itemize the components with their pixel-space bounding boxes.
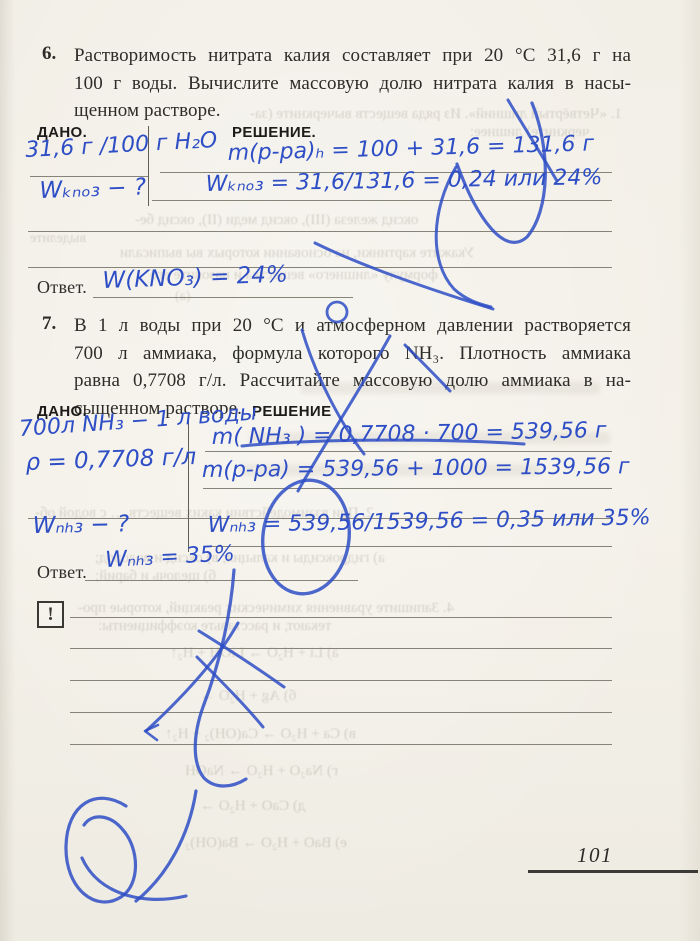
printed-text-line: щенном растворе. bbox=[74, 97, 631, 125]
ruled-line bbox=[203, 546, 612, 547]
printed-text-line: равна 0,7708 г/л. Рассчитайте массовую д… bbox=[74, 367, 631, 395]
column-divider bbox=[188, 412, 189, 552]
page-number: 101 bbox=[577, 843, 613, 868]
ruled-line bbox=[70, 617, 612, 618]
ruled-line bbox=[28, 231, 612, 232]
problem-6-otvet-label: Ответ. bbox=[37, 277, 87, 298]
attention-exclamation-icon: ! bbox=[37, 601, 64, 628]
ruled-line bbox=[70, 744, 612, 745]
ruled-line bbox=[152, 200, 612, 201]
handwritten-find-w-nh3: Wₙₕ₃ − ? bbox=[33, 511, 130, 539]
problem-7-reshenie-label: РЕШЕНИЕ bbox=[252, 403, 332, 420]
printed-text-line: 700 л аммиака, формула которого NH₃. Пло… bbox=[74, 340, 631, 368]
printed-text-line: Растворимость нитрата калия составляет п… bbox=[74, 42, 631, 70]
problem-7-text: В 1 л воды при 20 °С и атмосферном давле… bbox=[74, 312, 631, 422]
problem-7-number: 7. bbox=[42, 313, 56, 335]
printed-text-line: 100 г воды. Вычислите массовую долю нитр… bbox=[74, 70, 631, 98]
ruled-line bbox=[70, 680, 612, 681]
printed-text-line: В 1 л воды при 20 °С и атмосферном давле… bbox=[74, 312, 631, 340]
scanned-workbook-page: 1. «Четвёртый лишний». Из ряда веществ в… bbox=[0, 0, 700, 941]
problem-7-otvet-label: Ответ. bbox=[37, 562, 87, 583]
problem-6-number: 6. bbox=[42, 43, 56, 65]
ruled-line bbox=[70, 712, 612, 713]
ruled-line bbox=[93, 297, 353, 298]
handwritten-find-w-kno3: Wₖₙₒ₃ − ? bbox=[39, 174, 146, 204]
ruled-line bbox=[205, 451, 612, 452]
ruled-line bbox=[203, 488, 612, 489]
handwritten-mass-solution: m(р-ра) = 539,56 + 1000 = 1539,56 г bbox=[202, 454, 630, 483]
problem-6-text: Растворимость нитрата калия составляет п… bbox=[74, 42, 631, 125]
page-number-rule bbox=[528, 870, 698, 873]
ruled-line bbox=[70, 648, 612, 649]
ruled-line bbox=[85, 580, 358, 581]
